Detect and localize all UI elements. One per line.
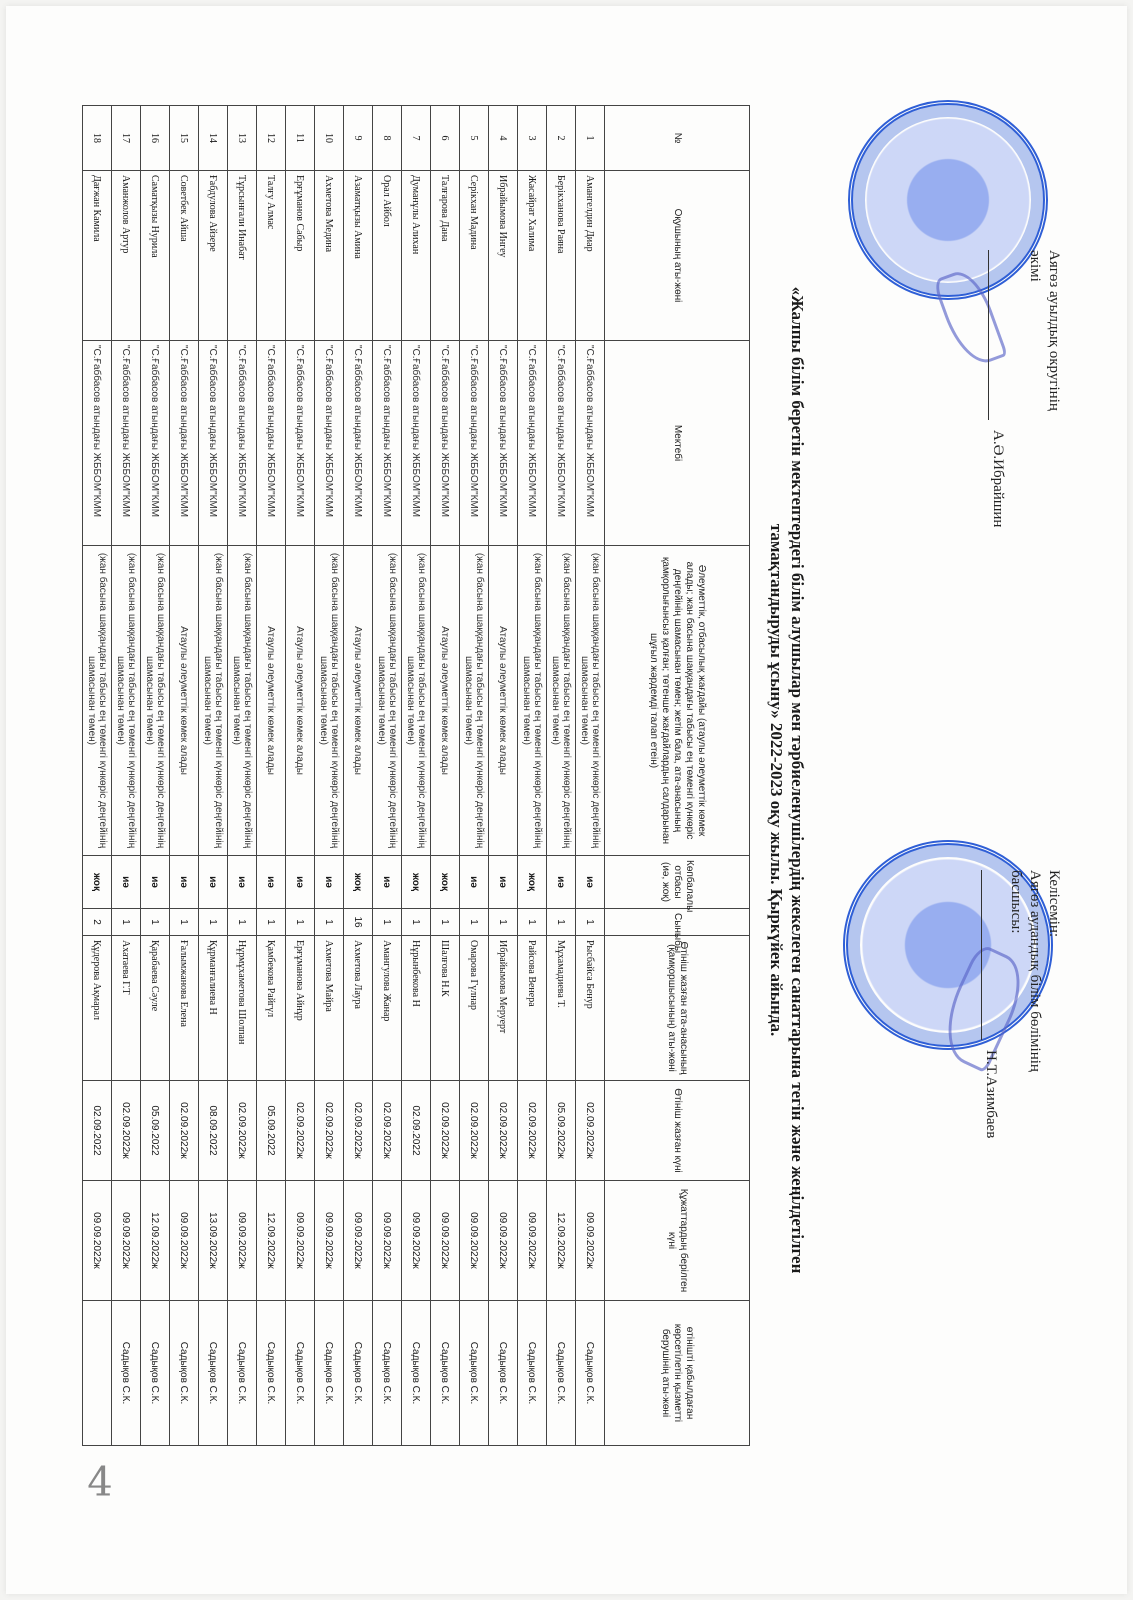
title-line-2: тамақтандыруды ұсыну» 2022-2023 оқу жылы… <box>766 110 787 1450</box>
cell-category: (жан басына шаққандағы табысы ең төменгі… <box>112 546 141 856</box>
cell-documents-date: 09.09.2022ж <box>286 1181 315 1301</box>
cell-large-family: иә <box>141 856 170 909</box>
cell-school: "С.Ғаббасов атындағы ЖББОМ"КММ <box>547 341 576 546</box>
cell-parent-name: Нұрмұхаметова Шолпан <box>228 936 257 1081</box>
cell-parent-name: Құдерова Ақмарал <box>83 936 112 1081</box>
cell-student-name: Азаматқызы Амина <box>344 171 373 341</box>
cell-application-date: 02.09.2022ж <box>460 1081 489 1181</box>
cell-class: 16 <box>344 909 373 936</box>
cell-num: 6 <box>431 106 460 171</box>
approval-block-right: Келісемін: Аягөз аудандық білім бөліміні… <box>981 870 1063 1390</box>
cell-parent-name: Райсова Венера <box>518 936 547 1081</box>
cell-school: "С.Ғаббасов атындағы ЖББОМ"КММ <box>228 341 257 546</box>
cell-category: Атаулы әлеуметтік көмек алады <box>431 546 460 856</box>
cell-parent-name: Қамбекова Райгүл <box>257 936 286 1081</box>
cell-num: 2 <box>547 106 576 171</box>
cell-application-date: 02.09.2022ж <box>344 1081 373 1181</box>
table-row: 16Саматқызы Нурила"С.Ғаббасов атындағы Ж… <box>141 106 170 1446</box>
cell-category: Атаулы әлеуметтік көмек алады <box>489 546 518 856</box>
cell-documents-date: 13.09.2022ж <box>199 1181 228 1301</box>
cell-class: 1 <box>170 909 199 936</box>
cell-parent-name: Рысбайса Бенур <box>576 936 605 1081</box>
table-row: 6Талғарова Дана"С.Ғаббасов атындағы ЖББО… <box>431 106 460 1446</box>
cell-num: 16 <box>141 106 170 171</box>
cell-documents-date: 12.09.2022ж <box>257 1181 286 1301</box>
cell-num: 18 <box>83 106 112 171</box>
cell-documents-date: 12.09.2022ж <box>547 1181 576 1301</box>
cell-student-name: Ибрайымова Ингеу <box>489 171 518 341</box>
cell-student-name: Ахметова Медина <box>315 171 344 341</box>
col-header-num: № <box>605 106 750 171</box>
cell-large-family: иә <box>576 856 605 909</box>
cell-parent-name: Ғалымжанова Елена <box>170 936 199 1081</box>
cell-receiver: Садықов С.К. <box>460 1301 489 1446</box>
cell-school: "С.Ғаббасов атындағы ЖББОМ"КММ <box>518 341 547 546</box>
cell-large-family: иә <box>315 856 344 909</box>
cell-application-date: 05.09.2022 <box>141 1081 170 1181</box>
cell-parent-name: Шалғова Н.К <box>431 936 460 1081</box>
cell-receiver: Садықов С.К. <box>112 1301 141 1446</box>
cell-receiver: Садықов С.К. <box>518 1301 547 1446</box>
cell-receiver: Садықов С.К. <box>402 1301 431 1446</box>
cell-documents-date: 09.09.2022ж <box>228 1181 257 1301</box>
cell-receiver: Садықов С.К. <box>141 1301 170 1446</box>
cell-class: 1 <box>286 909 315 936</box>
cell-num: 5 <box>460 106 489 171</box>
cell-application-date: 02.09.2022ж <box>518 1081 547 1181</box>
table-row: 12Талғу Алмас"С.Ғаббасов атындағы ЖББОМ"… <box>257 106 286 1446</box>
cell-category: (жан басына шаққандағы табысы ең төменгі… <box>83 546 112 856</box>
cell-student-name: Ғабдулова Айзере <box>199 171 228 341</box>
col-header-name: Оқушының аты-жөні <box>605 171 750 341</box>
cell-application-date: 02.09.2022ж <box>228 1081 257 1181</box>
cell-large-family: жоқ <box>344 856 373 909</box>
cell-large-family: иә <box>286 856 315 909</box>
cell-documents-date: 09.09.2022ж <box>112 1181 141 1301</box>
cell-parent-name: Ахатаева Г.Т <box>112 936 141 1081</box>
cell-parent-name: Нұрынбекова Н <box>402 936 431 1081</box>
cell-receiver: Садықов С.К. <box>576 1301 605 1446</box>
table-row: 7Думанұлы Алихан"С.Ғаббасов атындағы ЖББ… <box>402 106 431 1446</box>
cell-receiver: Садықов С.К. <box>373 1301 402 1446</box>
cell-class: 1 <box>112 909 141 936</box>
cell-large-family: иә <box>112 856 141 909</box>
cell-large-family: жоқ <box>518 856 547 909</box>
cell-large-family: жоқ <box>83 856 112 909</box>
cell-application-date: 05.09.2022 <box>257 1081 286 1181</box>
cell-receiver: Садықов С.К. <box>257 1301 286 1446</box>
table-body: 1Амангелдин Диар"С.Ғаббасов атындағы ЖББ… <box>83 106 605 1446</box>
cell-student-name: Серікхан Мадина <box>460 171 489 341</box>
cell-class: 1 <box>431 909 460 936</box>
approval-left-role-1: Аягөз ауылдық округінің <box>1044 250 1063 670</box>
approval-right-signatory: Н.Т.Азимбаев <box>983 1050 999 1138</box>
cell-class: 1 <box>460 909 489 936</box>
col-header-large-family: Көпбалалы отбасы (иә, жоқ) <box>605 856 750 909</box>
cell-class: 1 <box>228 909 257 936</box>
cell-student-name: Аманжолов Артур <box>112 171 141 341</box>
cell-category: (жан басына шаққандағы табысы ең төменгі… <box>460 546 489 856</box>
cell-documents-date: 09.09.2022ж <box>489 1181 518 1301</box>
cell-class: 1 <box>141 909 170 936</box>
cell-class: 1 <box>402 909 431 936</box>
table-row: 17Аманжолов Артур"С.Ғаббасов атындағы ЖБ… <box>112 106 141 1446</box>
cell-documents-date: 09.09.2022ж <box>315 1181 344 1301</box>
cell-category: (жан басына шаққандағы табысы ең төменгі… <box>199 546 228 856</box>
table-row: 9Азаматқызы Амина"С.Ғаббасов атындағы ЖБ… <box>344 106 373 1446</box>
cell-num: 1 <box>576 106 605 171</box>
cell-receiver: Садықов С.К. <box>489 1301 518 1446</box>
cell-category: Атаулы әлеуметтік көмек алады <box>170 546 199 856</box>
cell-large-family: иә <box>257 856 286 909</box>
cell-school: "С.Ғаббасов атындағы ЖББОМ"КММ <box>83 341 112 546</box>
cell-parent-name: Ерғұманова Айнұр <box>286 936 315 1081</box>
cell-application-date: 02.09.2022ж <box>576 1081 605 1181</box>
cell-receiver: Садықов С.К. <box>344 1301 373 1446</box>
cell-num: 10 <box>315 106 344 171</box>
cell-num: 14 <box>199 106 228 171</box>
cell-receiver: Садықов С.К. <box>199 1301 228 1446</box>
cell-large-family: иә <box>228 856 257 909</box>
cell-large-family: жоқ <box>402 856 431 909</box>
table-row: 2Берікханова Раяна"С.Ғаббасов атындағы Ж… <box>547 106 576 1446</box>
col-header-class: Сыныбы <box>605 909 750 936</box>
cell-school: "С.Ғаббасов атындағы ЖББОМ"КММ <box>315 341 344 546</box>
table-row: 5Серікхан Мадина"С.Ғаббасов атындағы ЖББ… <box>460 106 489 1446</box>
cell-documents-date: 09.09.2022ж <box>83 1181 112 1301</box>
cell-receiver: Садықов С.К. <box>286 1301 315 1446</box>
cell-category: (жан басына шаққандағы табысы ең төменгі… <box>141 546 170 856</box>
cell-documents-date: 09.09.2022ж <box>576 1181 605 1301</box>
cell-num: 17 <box>112 106 141 171</box>
table-row: 1Амангелдин Диар"С.Ғаббасов атындағы ЖББ… <box>576 106 605 1446</box>
cell-application-date: 02.09.2022ж <box>286 1081 315 1181</box>
approval-left-signatory: А.Ә.Ибрайшин <box>990 430 1006 527</box>
cell-school: "С.Ғаббасов атындағы ЖББОМ"КММ <box>576 341 605 546</box>
table-row: 8Орал Айбол"С.Ғаббасов атындағы ЖББОМ"КМ… <box>373 106 402 1446</box>
cell-large-family: иә <box>373 856 402 909</box>
cell-category: (жан басына шаққандағы табысы ең төменгі… <box>518 546 547 856</box>
approval-right-agree: Келісемін: <box>1044 870 1063 1390</box>
table-row: 13Тұрсынғали Инабат"С.Ғаббасов атындағы … <box>228 106 257 1446</box>
cell-school: "С.Ғаббасов атындағы ЖББОМ"КММ <box>402 341 431 546</box>
cell-num: 15 <box>170 106 199 171</box>
cell-num: 13 <box>228 106 257 171</box>
cell-documents-date: 09.09.2022ж <box>170 1181 199 1301</box>
cell-school: "С.Ғаббасов атындағы ЖББОМ"КММ <box>489 341 518 546</box>
cell-category: Атаулы әлеуметтік көмек алады <box>286 546 315 856</box>
cell-category: Атаулы әлеуметтік көмек алады <box>257 546 286 856</box>
approval-left-role-2: әкімі <box>1025 250 1044 670</box>
cell-student-name: Ерғұманов Сабыр <box>286 171 315 341</box>
cell-class: 1 <box>547 909 576 936</box>
col-header-school: Мектебі <box>605 341 750 546</box>
col-header-parent: Өтініш жазған ата-анасының (қамқоршысыны… <box>605 936 750 1081</box>
cell-student-name: Талғу Алмас <box>257 171 286 341</box>
cell-category: (жан басына шаққандағы табысы ең төменгі… <box>315 546 344 856</box>
cell-application-date: 02.09.2022ж <box>170 1081 199 1181</box>
cell-school: "С.Ғаббасов атындағы ЖББОМ"КММ <box>199 341 228 546</box>
col-header-app-date: Өтініш жазған күні <box>605 1081 750 1181</box>
cell-school: "С.Ғаббасов атындағы ЖББОМ"КММ <box>112 341 141 546</box>
cell-application-date: 02.09.2022ж <box>112 1081 141 1181</box>
table-row: 18Дағжан Камила"С.Ғаббасов атындағы ЖББО… <box>83 106 112 1446</box>
approval-right-role-1: Аягөз аудандық білім бөлімінің <box>1025 870 1044 1390</box>
cell-school: "С.Ғаббасов атындағы ЖББОМ"КММ <box>344 341 373 546</box>
col-header-doc-date: Құжаттардың берілген күні <box>605 1181 750 1301</box>
cell-student-name: Думанұлы Алихан <box>402 171 431 341</box>
cell-documents-date: 09.09.2022ж <box>431 1181 460 1301</box>
cell-num: 7 <box>402 106 431 171</box>
cell-category: (жан басына шаққандағы табысы ең төменгі… <box>228 546 257 856</box>
approval-right-role-2: басшысы: <box>1006 870 1025 1390</box>
cell-student-name: Дағжан Камила <box>83 171 112 341</box>
table-row: 3Жасайрат Халима"С.Ғаббасов атындағы ЖББ… <box>518 106 547 1446</box>
cell-large-family: иә <box>199 856 228 909</box>
col-header-receiver: өтінішті қабылдаған көрсетілетін қызметт… <box>605 1301 750 1446</box>
cell-receiver: Садықов С.К. <box>170 1301 199 1446</box>
cell-category: (жан басына шаққандағы табысы ең төменгі… <box>576 546 605 856</box>
cell-receiver: Садықов С.К. <box>547 1301 576 1446</box>
cell-parent-name: Ахметова Лаура <box>344 936 373 1081</box>
cell-num: 8 <box>373 106 402 171</box>
cell-category: (жан басына шаққандағы табысы ең төменгі… <box>373 546 402 856</box>
cell-parent-name: Омарова Гүлнар <box>460 936 489 1081</box>
table-row: 15Советбек Айша"С.Ғаббасов атындағы ЖББО… <box>170 106 199 1446</box>
cell-documents-date: 09.09.2022ж <box>518 1181 547 1301</box>
cell-documents-date: 12.09.2022ж <box>141 1181 170 1301</box>
table-row: 4Ибрайымова Ингеу"С.Ғаббасов атындағы ЖБ… <box>489 106 518 1446</box>
cell-school: "С.Ғаббасов атындағы ЖББОМ"КММ <box>460 341 489 546</box>
cell-num: 12 <box>257 106 286 171</box>
cell-receiver: Садықов С.К. <box>228 1301 257 1446</box>
cell-class: 1 <box>576 909 605 936</box>
cell-student-name: Советбек Айша <box>170 171 199 341</box>
approval-block-left: Аягөз ауылдық округінің әкімі А.Ә.Ибрайш… <box>988 250 1063 670</box>
cell-class: 2 <box>83 909 112 936</box>
cell-school: "С.Ғаббасов атындағы ЖББОМ"КММ <box>141 341 170 546</box>
cell-class: 1 <box>315 909 344 936</box>
cell-student-name: Берікханова Раяна <box>547 171 576 341</box>
cell-application-date: 02.09.2022ж <box>315 1081 344 1181</box>
cell-large-family: иә <box>547 856 576 909</box>
cell-application-date: 02.09.2022 <box>402 1081 431 1181</box>
rotated-document: Аягөз ауылдық округінің әкімі А.Ә.Ибрайш… <box>0 0 1133 1600</box>
cell-application-date: 08.09.2022 <box>199 1081 228 1181</box>
cell-student-name: Амангелдин Диар <box>576 171 605 341</box>
cell-school: "С.Ғаббасов атындағы ЖББОМ"КММ <box>257 341 286 546</box>
table-row: 10Ахметова Медина"С.Ғаббасов атындағы ЖБ… <box>315 106 344 1446</box>
col-header-category: Әлеуметтік, отбасылық жағдайы (атаулы әл… <box>605 546 750 856</box>
cell-application-date: 02.09.2022ж <box>373 1081 402 1181</box>
cell-documents-date: 09.09.2022ж <box>402 1181 431 1301</box>
cell-parent-name: Ахметова Майра <box>315 936 344 1081</box>
cell-application-date: 02.09.2022 <box>83 1081 112 1181</box>
signature-line-right <box>981 870 996 1040</box>
cell-documents-date: 09.09.2022ж <box>373 1181 402 1301</box>
cell-receiver: Садықов С.К. <box>315 1301 344 1446</box>
signature-line-left <box>988 250 1003 420</box>
document-title: «Жалпы білім беретін мектептердегі білім… <box>766 110 808 1450</box>
cell-application-date: 05.09.2022ж <box>547 1081 576 1181</box>
cell-class: 1 <box>489 909 518 936</box>
cell-class: 1 <box>199 909 228 936</box>
cell-application-date: 02.09.2022ж <box>489 1081 518 1181</box>
cell-school: "С.Ғаббасов атындағы ЖББОМ"КММ <box>431 341 460 546</box>
cell-school: "С.Ғаббасов атындағы ЖББОМ"КММ <box>170 341 199 546</box>
cell-school: "С.Ғаббасов атындағы ЖББОМ"КММ <box>286 341 315 546</box>
cell-documents-date: 09.09.2022ж <box>344 1181 373 1301</box>
cell-num: 11 <box>286 106 315 171</box>
cell-category: (жан басына шаққандағы табысы ең төменгі… <box>547 546 576 856</box>
cell-parent-name: Амангулова Жанар <box>373 936 402 1081</box>
cell-documents-date: 09.09.2022ж <box>460 1181 489 1301</box>
cell-application-date: 02.09.2022ж <box>431 1081 460 1181</box>
meals-table: № Оқушының аты-жөні Мектебі Әлеуметтік, … <box>82 105 750 1446</box>
cell-num: 9 <box>344 106 373 171</box>
cell-school: "С.Ғаббасов атындағы ЖББОМ"КММ <box>373 341 402 546</box>
table-row: 14Ғабдулова Айзере"С.Ғаббасов атындағы Ж… <box>199 106 228 1446</box>
cell-student-name: Жасайрат Халима <box>518 171 547 341</box>
cell-parent-name: Ибрайымова Меруерт <box>489 936 518 1081</box>
cell-category: (жан басына шаққандағы табысы ең төменгі… <box>402 546 431 856</box>
cell-parent-name: Қарабаева Сәуле <box>141 936 170 1081</box>
cell-parent-name: Құрманғалиева Н <box>199 936 228 1081</box>
cell-receiver: Садықов С.К. <box>431 1301 460 1446</box>
cell-student-name: Тұрсынғали Инабат <box>228 171 257 341</box>
cell-class: 1 <box>373 909 402 936</box>
title-line-1: «Жалпы білім беретін мектептердегі білім… <box>787 110 808 1450</box>
cell-student-name: Саматқызы Нурила <box>141 171 170 341</box>
cell-num: 3 <box>518 106 547 171</box>
cell-num: 4 <box>489 106 518 171</box>
cell-student-name: Орал Айбол <box>373 171 402 341</box>
cell-large-family: иә <box>489 856 518 909</box>
cell-category: Атаулы әлеуметтік көмек алады <box>344 546 373 856</box>
cell-receiver <box>83 1301 112 1446</box>
cell-parent-name: Мұхамадиева Т. <box>547 936 576 1081</box>
cell-large-family: жоқ <box>431 856 460 909</box>
cell-class: 1 <box>518 909 547 936</box>
cell-large-family: иә <box>170 856 199 909</box>
handwritten-page-mark: 4 <box>87 1460 112 1506</box>
table-row: 11Ерғұманов Сабыр"С.Ғаббасов атындағы ЖБ… <box>286 106 315 1446</box>
cell-student-name: Талғарова Дана <box>431 171 460 341</box>
cell-large-family: иә <box>460 856 489 909</box>
cell-class: 1 <box>257 909 286 936</box>
table-header-row: № Оқушының аты-жөні Мектебі Әлеуметтік, … <box>605 106 750 1446</box>
